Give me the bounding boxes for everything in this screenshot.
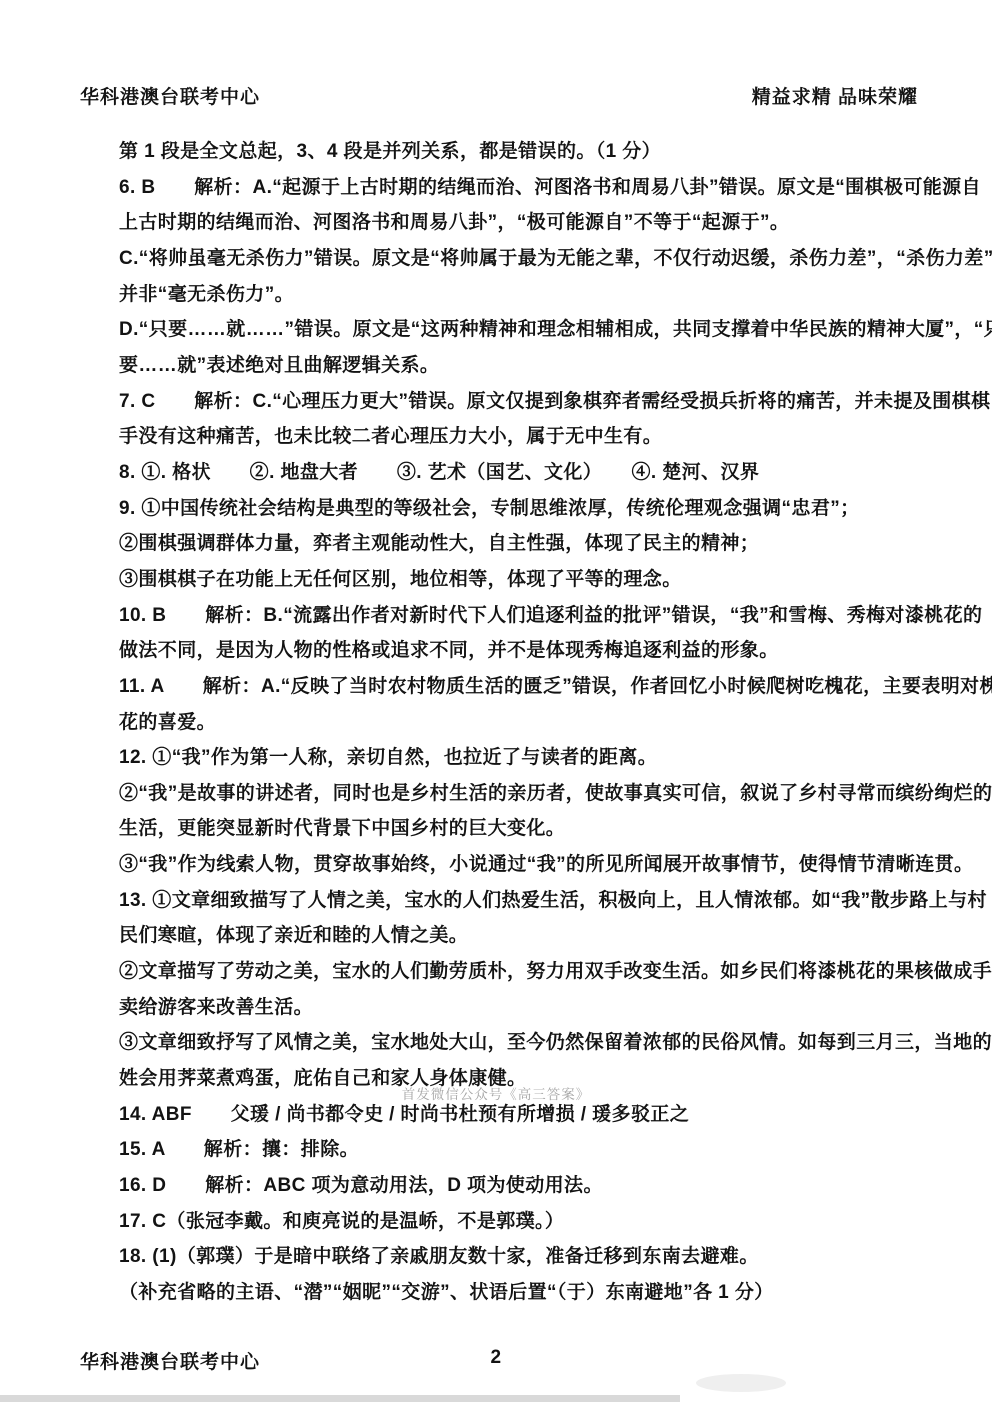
- text-line: 做法不同，是因为人物的性格或追求不同，并不是体现秀梅追逐利益的形象。: [119, 633, 885, 669]
- text-line: 9. ①中国传统社会结构是典型的等级社会，专制思维浓厚，传统伦理观念强调“忠君”…: [119, 491, 885, 527]
- text-line: 第 1 段是全文总起，3、4 段是并列关系，都是错误的。（1 分）: [119, 134, 885, 170]
- text-line: ③“我”作为线索人物，贯穿故事始终，小说通过“我”的所见所闻展开故事情节，使得情…: [119, 847, 885, 883]
- scan-artifact: [696, 1374, 786, 1392]
- text-line: 6. B 解析：A.“起源于上古时期的结绳而治、河图洛书和周易八卦”错误。原文是…: [119, 170, 885, 206]
- text-line: （补充省略的主语、“潜”“姻昵”“交游”、状语后置“（于）东南避地”各 1 分）: [119, 1275, 885, 1311]
- page-number: 2: [490, 1347, 501, 1369]
- text-line: 16. D 解析：ABC 项为意动用法，D 项为使动用法。: [119, 1168, 885, 1204]
- text-line: 8. ①. 格状 ②. 地盘大者 ③. 艺术（国艺、文化） ④. 楚河、汉界: [119, 455, 885, 491]
- text-line: 12. ①“我”作为第一人称，亲切自然，也拉近了与读者的距离。: [119, 740, 885, 776]
- text-line: 上古时期的结绳而治、河图洛书和周易八卦”，“极可能源自”不等于“起源于”。: [119, 205, 885, 241]
- text-line: 花的喜爱。: [119, 705, 885, 741]
- answers-body: 第 1 段是全文总起，3、4 段是并列关系，都是错误的。（1 分） 6. B 解…: [119, 134, 885, 1311]
- text-line: 17. C（张冠李戴。和庾亮说的是温峤，不是郭璞。）: [119, 1204, 885, 1240]
- text-line: ②围棋强调群体力量，弈者主观能动性大，自主性强，体现了民主的精神；: [119, 526, 885, 562]
- text-line: 要……就”表述绝对且曲解逻辑关系。: [119, 348, 885, 384]
- text-line: ②文章描写了劳动之美，宝水的人们勤劳质朴，努力用双手改变生活。如乡民们将漆桃花的…: [119, 954, 885, 990]
- answer-sheet-page: 华科港澳台联考中心 精益求精 品味荣耀 第 1 段是全文总起，3、4 段是并列关…: [0, 0, 992, 1402]
- text-line: 10. B 解析：B.“流露出作者对新时代下人们追逐利益的批评”错误，“我”和雪…: [119, 598, 885, 634]
- text-line: 11. A 解析：A.“反映了当时农村物质生活的匮乏”错误，作者回忆小时候爬树吃…: [119, 669, 885, 705]
- header-org-name: 华科港澳台联考中心: [80, 82, 260, 109]
- text-line: 7. C 解析：C.“心理压力更大”错误。原文仅提到象棋弈者需经受损兵折将的痛苦…: [119, 384, 885, 420]
- page-footer: 华科港澳台联考中心 2: [80, 1347, 912, 1374]
- text-line: 13. ①文章细致描写了人情之美，宝水的人们热爱生活，积极向上，且人情浓郁。如“…: [119, 883, 885, 919]
- text-line: 15. A 解析：攘：排除。: [119, 1132, 885, 1168]
- text-line: 卖给游客来改善生活。: [119, 990, 885, 1026]
- scan-edge-strip: [0, 1395, 680, 1402]
- text-line: D.“只要……就……”错误。原文是“这两种精神和理念相辅相成，共同支撑着中华民族…: [119, 312, 885, 348]
- text-line: ②“我”是故事的讲述者，同时也是乡村生活的亲历者，使故事真实可信，叙说了乡村寻常…: [119, 776, 885, 812]
- text-line: ③文章细致抒写了风情之美，宝水地处大山，至今仍然保留着浓郁的民俗风情。如每到三月…: [119, 1025, 885, 1061]
- text-line: 18. (1)（郭璞）于是暗中联络了亲戚朋友数十家，准备迁移到东南去避难。: [119, 1239, 885, 1275]
- header-motto: 精益求精 品味荣耀: [752, 82, 918, 109]
- footer-org-name: 华科港澳台联考中心: [80, 1352, 260, 1373]
- text-line: 手没有这种痛苦，也未比较二者心理压力大小，属于无中生有。: [119, 419, 885, 455]
- text-line: C.“将帅虽毫无杀伤力”错误。原文是“将帅属于最为无能之辈，不仅行动迟缓，杀伤力…: [119, 241, 885, 277]
- text-line: 并非“毫无杀伤力”。: [119, 277, 885, 313]
- wechat-watermark: 首发微信公众号《高三答案》: [0, 1083, 992, 1103]
- text-line: 民们寒暄，体现了亲近和睦的人情之美。: [119, 918, 885, 954]
- text-line: 生活，更能突显新时代背景下中国乡村的巨大变化。: [119, 811, 885, 847]
- page-header: 华科港澳台联考中心 精益求精 品味荣耀: [80, 82, 918, 109]
- text-line: ③围棋棋子在功能上无任何区别，地位相等，体现了平等的理念。: [119, 562, 885, 598]
